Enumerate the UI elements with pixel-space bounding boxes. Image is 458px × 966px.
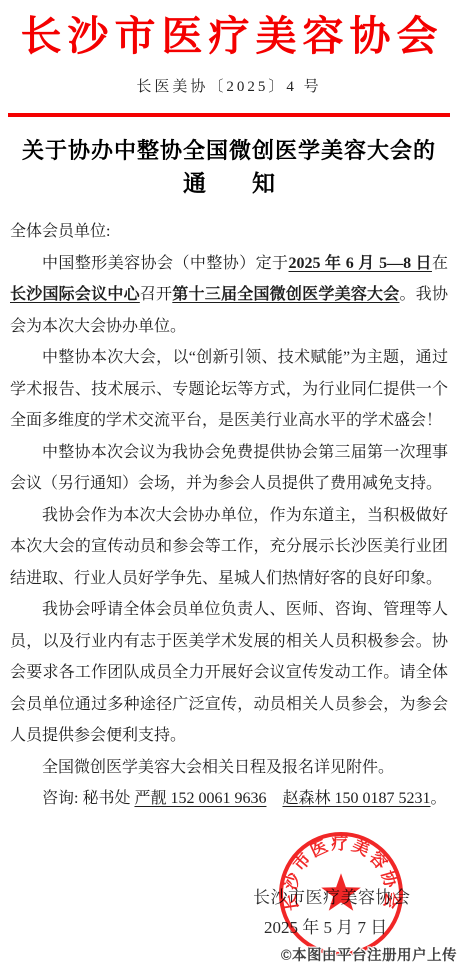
salutation: 全体会员单位: <box>10 216 448 248</box>
notice-body: 全体会员单位: 中国整形美容协会（中整协）定于2025 年 6 月 5—8 日在… <box>10 216 448 815</box>
paragraph-3: 中整协本次会议为我协会免费提供协会第三届第一次理事会议（另行通知）会场，并为参会… <box>10 437 448 500</box>
notice-title-line2: 通知 <box>0 166 458 202</box>
seal-star-icon <box>321 873 361 911</box>
paragraph-4: 我协会作为本次大会协办单位，作为东道主，当积极做好本次大会的宣传动员和参会等工作… <box>10 500 448 595</box>
contact-prefix: 咨询: 秘书处 <box>42 790 134 807</box>
doc-number: 长医美协〔2025〕4 号 <box>0 75 458 96</box>
notice-title-line1: 关于协办中整协全国微创医学美容大会的 <box>0 136 458 166</box>
paragraph-5: 我协会呼请全体会员单位负责人、医师、咨询、管理等人员，以及行业内有志于医美学术发… <box>10 594 448 752</box>
p1-bold-venue: 长沙国际会议中心 <box>10 286 140 303</box>
org-title: 长沙市医疗美容协会 <box>0 13 458 60</box>
p1-text-3: 召开 <box>140 286 172 303</box>
notice-title-char-left: 通 <box>183 171 206 196</box>
paragraph-2: 中整协本次大会，以“创新引领、技术赋能”为主题，通过学术报告、技术展示、专题论坛… <box>10 342 448 437</box>
official-seal: 长沙市医疗美容协会 <box>277 830 405 958</box>
platform-watermark: ©本图由平台注册用户上传 <box>281 944 457 965</box>
paragraph-1: 中国整形美容协会（中整协）定于2025 年 6 月 5—8 日在长沙国际会议中心… <box>10 248 448 343</box>
red-divider-line <box>8 113 450 117</box>
notice-title-char-right: 知 <box>252 171 275 196</box>
contact-person-1: 严靓 152 0061 9636 <box>134 790 266 807</box>
contact-person-2: 赵森林 150 0187 5231 <box>282 790 430 807</box>
paragraph-6: 全国微创医学美容大会相关日程及报名详见附件。 <box>10 752 448 784</box>
contact-suffix: 。 <box>431 790 447 807</box>
document-page: 长沙市医疗美容协会 长医美协〔2025〕4 号 关于协办中整协全国微创医学美容大… <box>0 0 458 966</box>
p1-text-1: 中国整形美容协会（中整协）定于 <box>42 255 289 272</box>
p1-bold-event: 第十三届全国微创医学美容大会 <box>172 286 399 303</box>
contact-line: 咨询: 秘书处 严靓 152 0061 9636 赵森林 150 0187 52… <box>10 783 448 815</box>
p1-bold-date: 2025 年 6 月 5—8 日 <box>289 255 432 272</box>
contact-separator <box>266 790 282 807</box>
p1-text-2: 在 <box>432 255 448 272</box>
